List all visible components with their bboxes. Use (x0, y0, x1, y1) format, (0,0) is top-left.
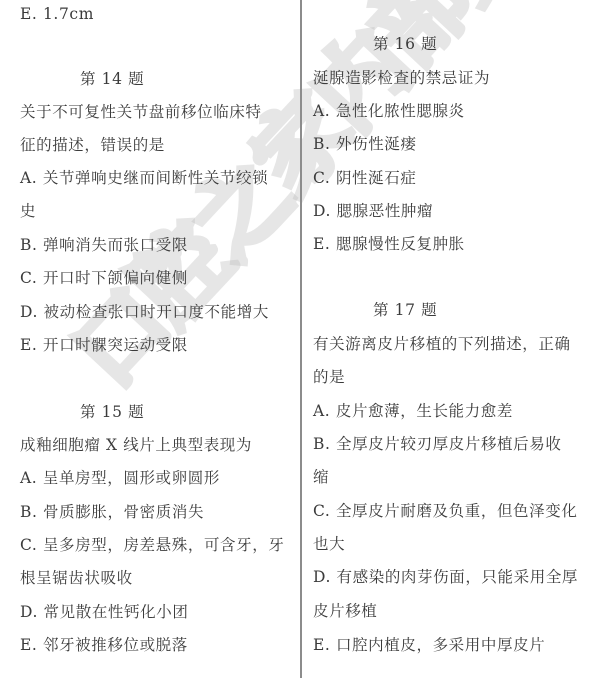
question-heading: 第 17 题 (373, 300, 437, 320)
option-d-continued: 皮片移植 (313, 601, 377, 621)
option-a: A. 关节弹响史继而间断性关节绞锁 (20, 168, 268, 188)
option-d: D. 常见散在性钙化小团 (20, 602, 188, 622)
option-c: C. 全厚皮片耐磨及负重，但色泽变化 (313, 501, 577, 521)
option-e: E. 开口时髁突运动受限 (20, 335, 188, 355)
question-heading: 第 15 题 (80, 402, 144, 422)
option-c: C. 呈多房型，房差悬殊，可含牙，牙 (20, 535, 284, 555)
option-b: B. 骨质膨胀，骨密质消失 (20, 502, 204, 522)
option-c-continued: 根呈锯齿状吸收 (20, 568, 133, 588)
question-stem: 征的描述，错误的是 (20, 135, 165, 155)
document-page: 口腔之家内部资料 E. 1.7cm 第 14 题 关于不可复性关节盘前移位临床特… (0, 0, 604, 678)
option-a: A. 急性化脓性腮腺炎 (313, 101, 465, 121)
option-a-continued: 史 (20, 201, 36, 221)
previous-option-e: E. 1.7cm (20, 4, 94, 24)
option-b: B. 弹响消失而张口受限 (20, 235, 188, 255)
question-heading: 第 16 题 (373, 34, 437, 54)
question-stem: 成釉细胞瘤 X 线片上典型表现为 (20, 435, 252, 455)
question-stem: 的是 (313, 367, 345, 387)
option-d: D. 腮腺恶性肿瘤 (313, 201, 433, 221)
option-e: E. 邻牙被推移位或脱落 (20, 635, 188, 655)
question-stem: 涎腺造影检查的禁忌证为 (313, 68, 490, 88)
option-a: A. 呈单房型，圆形或卵圆形 (20, 468, 220, 488)
option-c: C. 阴性涎石症 (313, 168, 416, 188)
question-stem: 关于不可复性关节盘前移位临床特 (20, 102, 262, 122)
option-c-continued: 也大 (313, 534, 345, 554)
option-d: D. 被动检查张口时开口度不能增大 (20, 302, 269, 322)
column-divider (300, 0, 302, 678)
option-d: D. 有感染的肉芽伤面，只能采用全厚 (313, 567, 578, 587)
option-a: A. 皮片愈薄，生长能力愈差 (313, 401, 513, 421)
question-stem: 有关游离皮片移植的下列描述，正确 (313, 334, 571, 354)
option-c: C. 开口时下颌偏向健侧 (20, 268, 188, 288)
option-e: E. 口腔内植皮，多采用中厚皮片 (313, 635, 545, 655)
question-heading: 第 14 题 (80, 69, 144, 89)
option-e: E. 腮腺慢性反复肿胀 (313, 234, 465, 254)
option-b-continued: 缩 (313, 467, 329, 487)
option-b: B. 外伤性涎瘘 (313, 134, 417, 154)
option-b: B. 全厚皮片较刃厚皮片移植后易收 (313, 434, 561, 454)
